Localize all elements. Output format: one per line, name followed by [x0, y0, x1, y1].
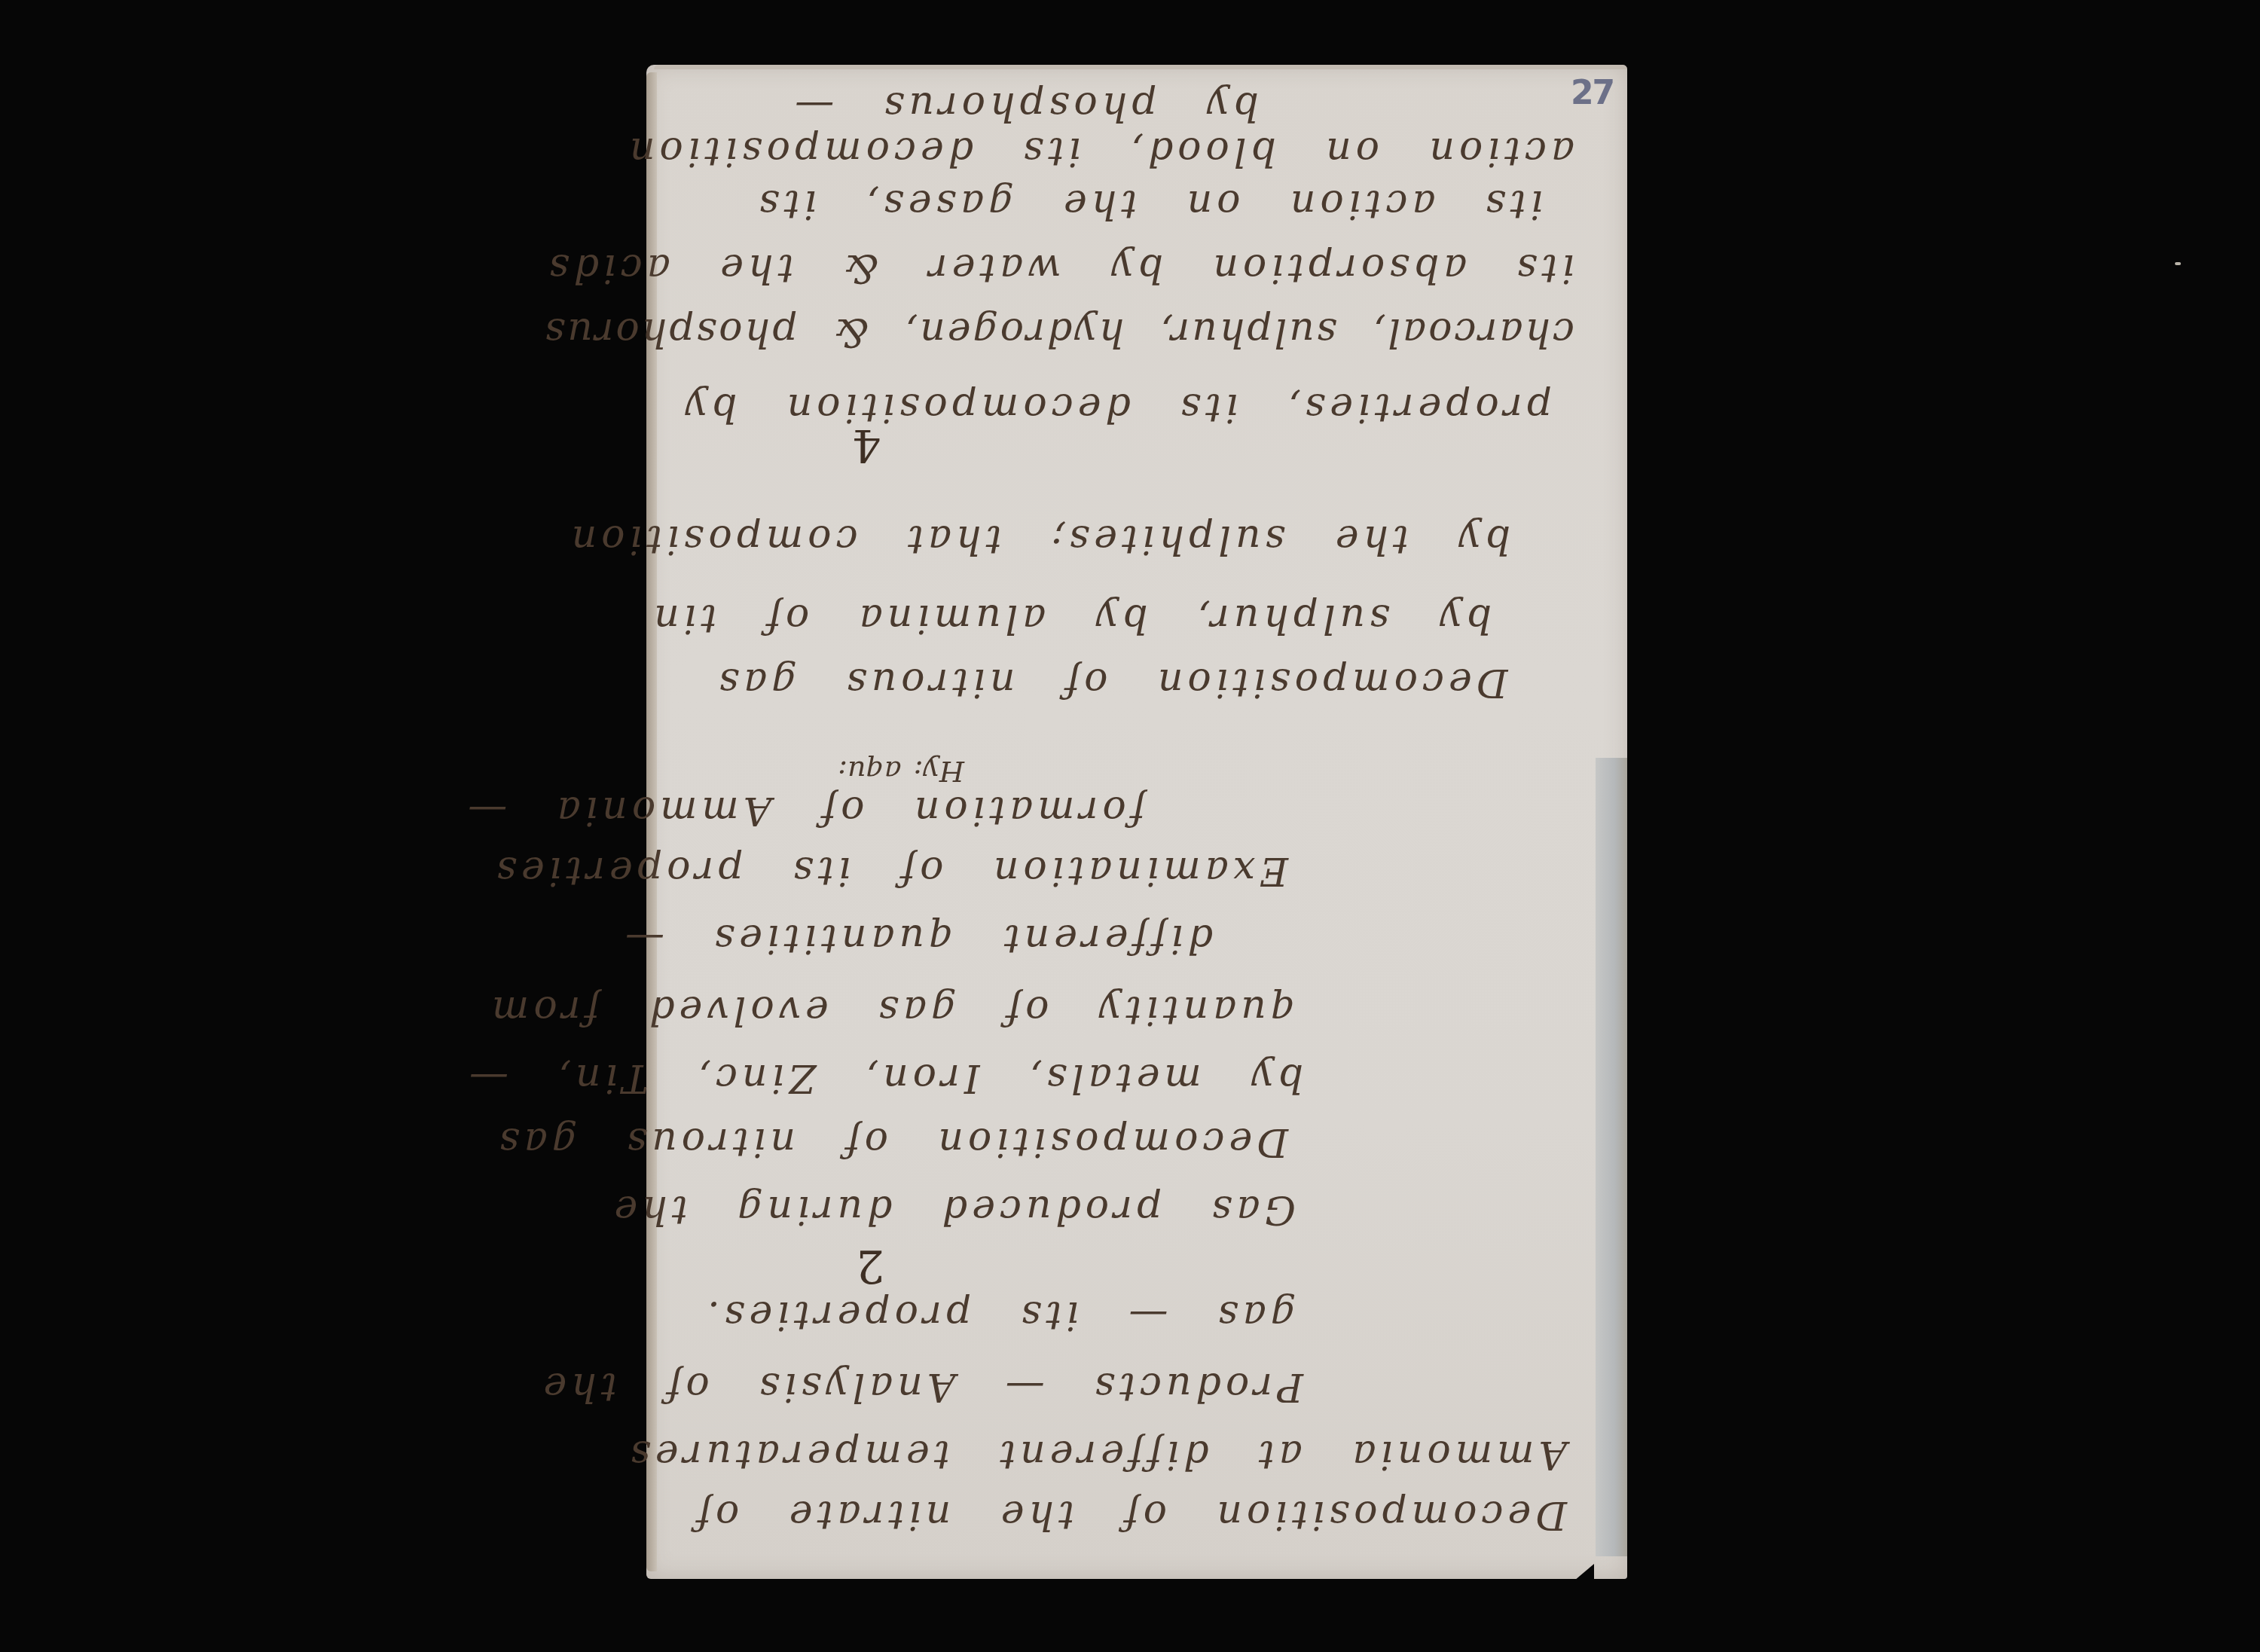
manuscript-line: by sulphur, by alumina of tin: [768, 599, 1492, 638]
manuscript-line: Ammonia at different temperatures: [678, 1435, 1567, 1474]
manuscript-line: formation of Ammonia —: [723, 791, 1145, 830]
manuscript-line: by the sulphites; that composition: [719, 520, 1510, 559]
manuscript-line: Products — Analysis of the: [701, 1367, 1303, 1406]
manuscript-line: Examination of its properties: [701, 851, 1288, 890]
page-number: 27: [1571, 74, 1614, 112]
manuscript-line: properties, its decomposition by: [761, 388, 1552, 427]
manuscript-line: gas — its properties.: [738, 1296, 1296, 1335]
manuscript-line: Decomposition of nitrous gas: [701, 663, 1522, 702]
manuscript-line: its action on the gases, its: [723, 185, 1574, 224]
manuscript-photo: 27 Decomposition of the nitrate of Ammon…: [0, 0, 2260, 1652]
manuscript-line: Decomposition of nitrous gas: [693, 1122, 1288, 1162]
manuscript-line: Gas produced during the: [708, 1190, 1296, 1229]
manuscript-line: by metals, Iron, Zinc, Tin, —: [670, 1058, 1303, 1098]
manuscript-annotation: Hy: aqu:: [866, 757, 964, 786]
background-speck: [2175, 262, 2181, 265]
manuscript-line: Decomposition of the nitrate of: [723, 1495, 1567, 1534]
section-number: 2: [851, 1243, 884, 1288]
manuscript-line: action on blood, its decomposition: [723, 132, 1574, 171]
manuscript-line: different quantities —: [761, 919, 1213, 958]
manuscript-line: its absorption by water & the acids: [723, 249, 1574, 288]
page-corner-notch: [1574, 1564, 1594, 1580]
manuscript-line: charcoal, sulphur, hydrogen, & phosphoru…: [723, 313, 1574, 352]
manuscript-line: by phosphorus —: [753, 87, 1296, 126]
page-top-edge: [654, 65, 1627, 69]
page-right-fold-strip: [1596, 758, 1627, 1556]
manuscript-line: quantity of gas evolved from: [693, 991, 1296, 1030]
